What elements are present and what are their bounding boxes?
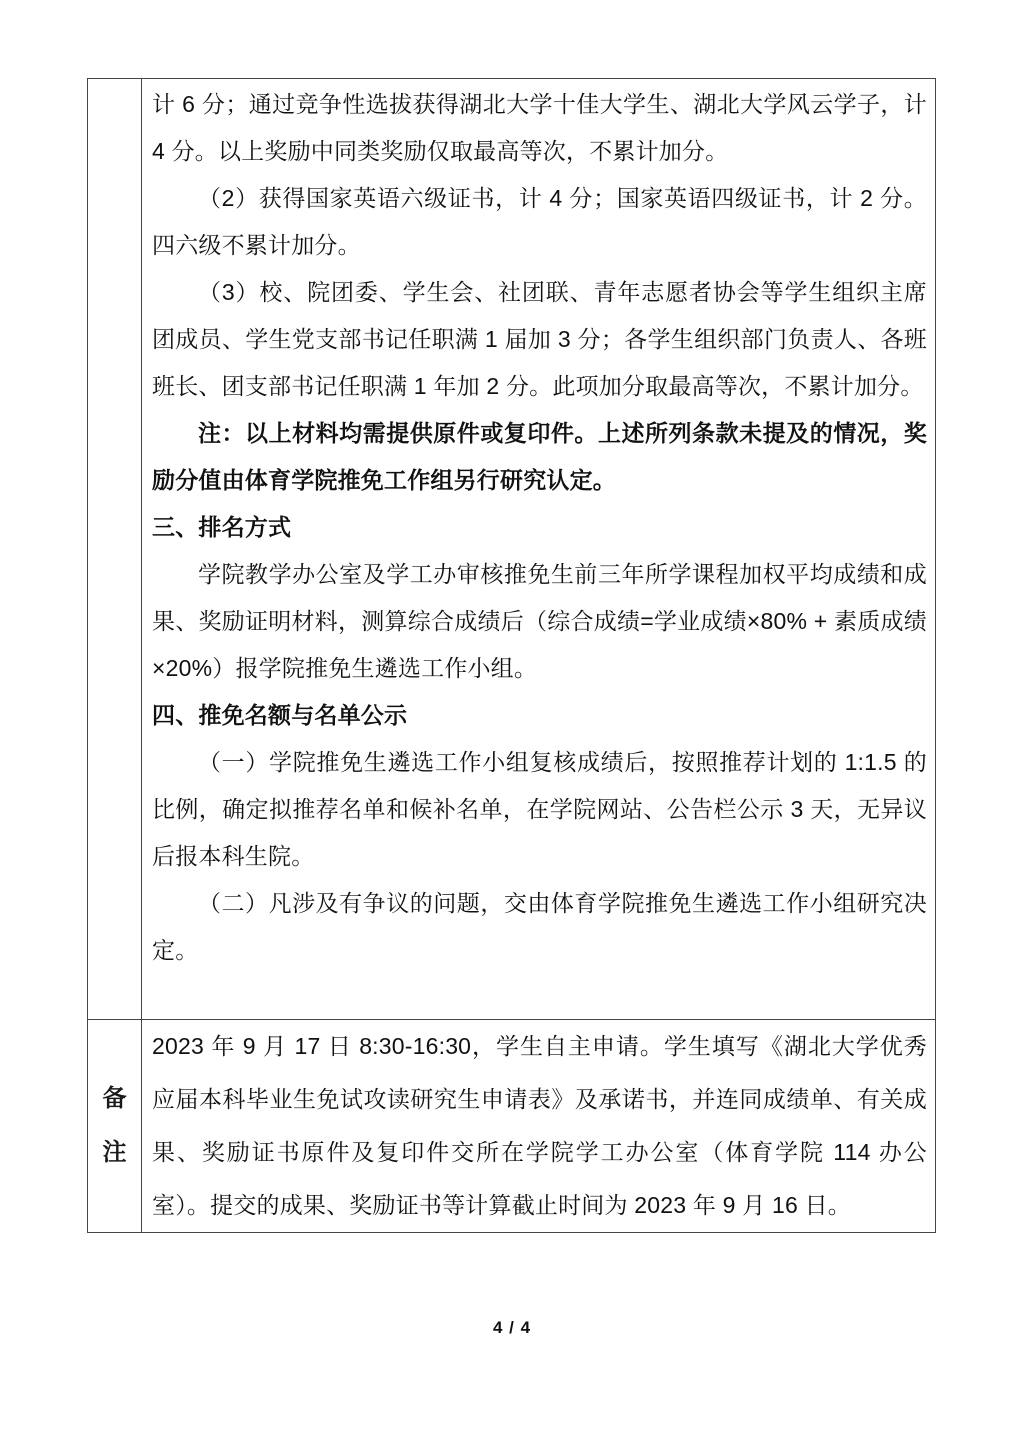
remark-row-content-cell: 2023 年 9 月 17 日 8:30-16:30，学生自主申请。学生填写《湖… [142,1020,935,1232]
paragraph-section-3-body: 学院教学办公室及学工办审核推免生前三年所学课程加权平均成绩和成果、奖励证明材料，… [152,551,927,692]
page-number: 4 / 4 [0,1318,1024,1338]
remark-label-char-2: 注 [103,1141,127,1165]
document-table: 计 6 分；通过竞争性选拔获得湖北大学十佳大学生、湖北大学风云学子，计 4 分。… [87,78,936,1233]
heading-section-4: 四、推免名额与名单公示 [152,692,927,739]
paragraph-note: 注：以上材料均需提供原件或复印件。上述所列条款未提及的情况，奖励分值由体育学院推… [152,410,927,504]
remark-label-char-1: 备 [103,1087,127,1111]
remark-row-label-cell: 备 注 [88,1020,142,1232]
paragraph-item-3: （3）校、院团委、学生会、社团联、青年志愿者协会等学生组织主席团成员、学生党支部… [152,269,927,410]
paragraph-section-4-item-1: （一）学院推免生遴选工作小组复核成绩后，按照推荐计划的 1:1.5 的比例，确定… [152,739,927,880]
paragraph-item-2: （2）获得国家英语六级证书，计 4 分；国家英语四级证书，计 2 分。四六级不累… [152,175,927,269]
table-row-main: 计 6 分；通过竞争性选拔获得湖北大学十佳大学生、湖北大学风云学子，计 4 分。… [88,79,935,1019]
table-row-remark: 备 注 2023 年 9 月 17 日 8:30-16:30，学生自主申请。学生… [88,1019,935,1232]
document-page: 计 6 分；通过竞争性选拔获得湖北大学十佳大学生、湖北大学风云学子，计 4 分。… [0,0,1024,1447]
paragraph-continuation: 计 6 分；通过竞争性选拔获得湖北大学十佳大学生、湖北大学风云学子，计 4 分。… [152,81,927,175]
main-row-label-cell [88,79,142,1019]
main-row-content-cell: 计 6 分；通过竞争性选拔获得湖北大学十佳大学生、湖北大学风云学子，计 4 分。… [142,79,935,1019]
paragraph-section-4-item-2: （二）凡涉及有争议的问题，交由体育学院推免生遴选工作小组研究决定。 [152,880,927,974]
paragraph-remark: 2023 年 9 月 17 日 8:30-16:30，学生自主申请。学生填写《湖… [152,1020,927,1232]
heading-section-3: 三、排名方式 [152,504,927,551]
